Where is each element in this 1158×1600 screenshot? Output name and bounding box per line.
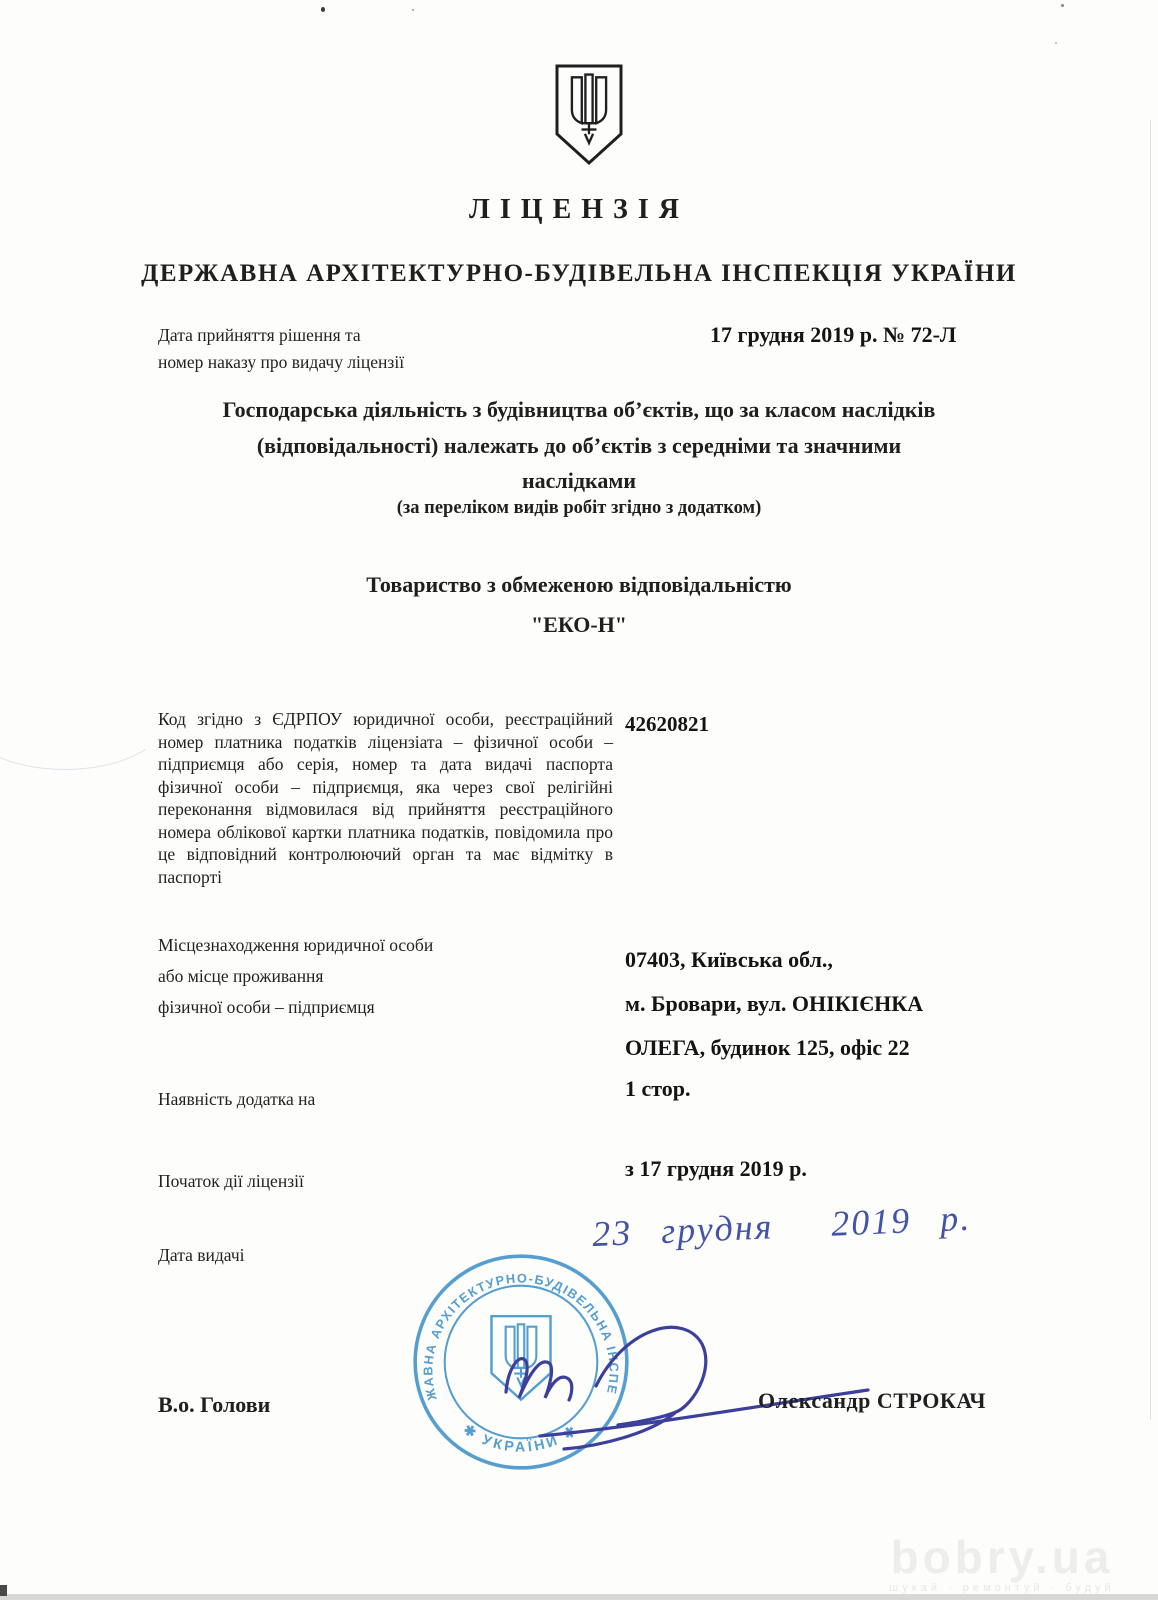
edrpou-label: Код згідно з ЄДРПОУ юридичної особи, реє…: [158, 708, 613, 888]
activity-line3: наслідками: [0, 463, 1158, 499]
address-label: Місцезнаходження юридичної особи або міс…: [158, 930, 433, 1023]
license-start-value: з 17 грудня 2019 р.: [625, 1156, 807, 1182]
decision-date-label-line2: номер наказу про видачу ліцензії: [158, 349, 404, 376]
address-label-line3: фізичної особи – підприємця: [158, 992, 433, 1023]
edrpou-value: 42620821: [625, 712, 709, 737]
activity-line2: (відповідальності) належать до об’єктів …: [0, 428, 1158, 464]
address-label-line2: або місце проживання: [158, 961, 433, 992]
signature: [478, 1292, 898, 1467]
decision-date-value: 17 грудня 2019 р. № 72-Л: [710, 322, 956, 348]
watermark-text: bobry.ua: [852, 1534, 1152, 1580]
issuing-authority: ДЕРЖАВНА АРХІТЕКТУРНО-БУДІВЕЛЬНА ІНСПЕКЦ…: [0, 260, 1158, 288]
activity-note: (за переліком видів робіт згідно з додат…: [0, 498, 1158, 519]
issue-date-label: Дата видачі: [158, 1242, 245, 1269]
licensed-activity: Господарська діяльність з будівництва об…: [0, 392, 1158, 499]
scan-speck: [412, 9, 414, 11]
activity-line1: Господарська діяльність з будівництва об…: [0, 392, 1158, 428]
attachment-label: Наявність додатка на: [158, 1086, 315, 1113]
scan-edge-line: [1150, 120, 1151, 1420]
address-value: 07403, Київська обл., м. Бровари, вул. О…: [625, 938, 923, 1070]
watermark-tagline: шукай · ремонтуй · будуй: [852, 1582, 1152, 1594]
scan-bottom-strip: [0, 1594, 1158, 1600]
license-document-page: ЛІЦЕНЗІЯ ДЕРЖАВНА АРХІТЕКТУРНО-БУДІВЕЛЬН…: [0, 0, 1158, 1600]
address-value-line3: ОЛЕГА, будинок 125, офіс 22: [625, 1026, 923, 1070]
signer-position: В.о. Голови: [158, 1392, 270, 1418]
decision-date-label-line1: Дата прийняття рішення та: [158, 322, 404, 349]
address-label-line1: Місцезнаходження юридичної особи: [158, 930, 433, 961]
signer-name: Олександр СТРОКАЧ: [758, 1388, 986, 1414]
address-value-line1: 07403, Київська обл.,: [625, 938, 923, 982]
scan-speck: [1061, 4, 1064, 7]
scan-speck: [321, 7, 325, 12]
license-start-label: Початок дії ліцензії: [158, 1168, 304, 1195]
decision-date-label: Дата прийняття рішення та номер наказу п…: [158, 322, 404, 376]
attachment-value: 1 стор.: [625, 1076, 691, 1102]
issue-date-handwritten: 23 грудня 2019 р.: [591, 1195, 1012, 1255]
watermark: bobry.ua шукай · ремонтуй · будуй: [852, 1534, 1152, 1594]
scan-arc-artifact: [0, 668, 166, 770]
licensee-name: "ЕКО-Н": [0, 612, 1158, 638]
address-value-line2: м. Бровари, вул. ОНІКІЄНКА: [625, 982, 923, 1026]
licensee-type: Товариство з обмеженою відповідальністю: [0, 572, 1158, 598]
coat-of-arms-emblem: [553, 62, 625, 168]
scan-corner-mark: [0, 1585, 7, 1596]
scan-speck: [1055, 42, 1057, 44]
document-title: ЛІЦЕНЗІЯ: [0, 194, 1158, 226]
